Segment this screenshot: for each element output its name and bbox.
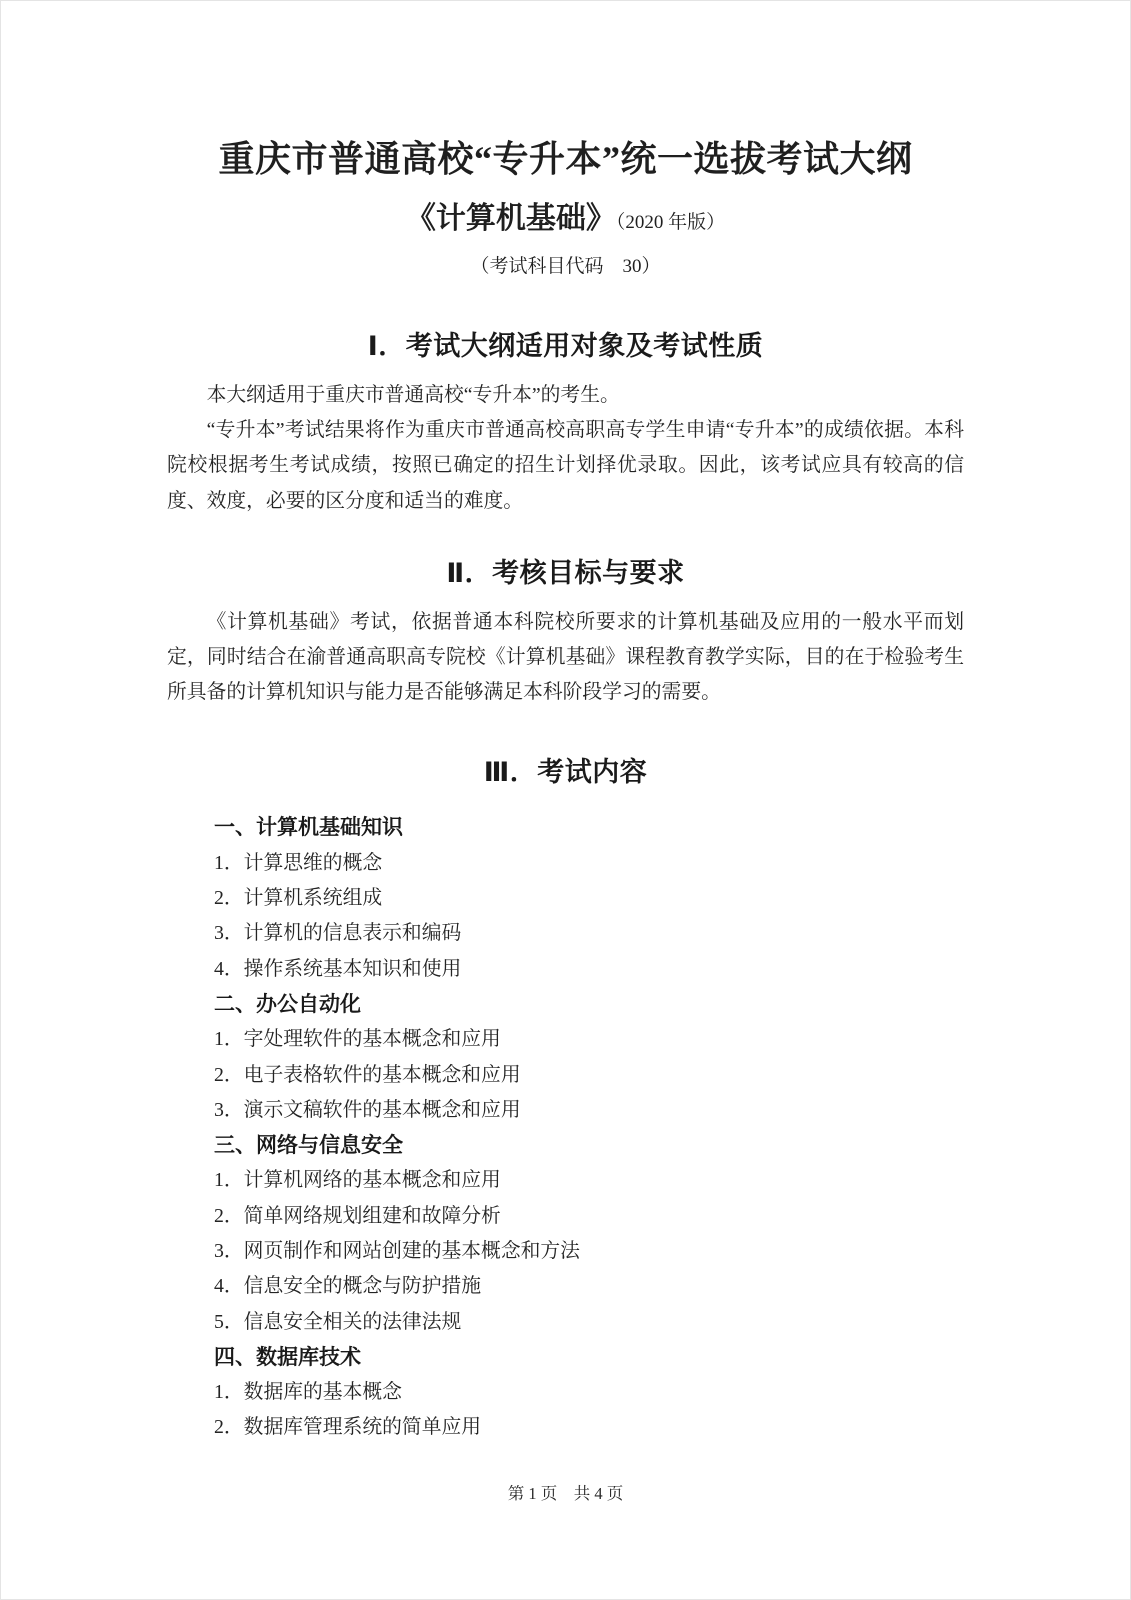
section-ii-heading: Ⅱ．考核目标与要求 (167, 553, 964, 593)
outline-group-2-label: 二、办公自动化 (214, 987, 964, 1022)
doc-subtitle: 《计算机基础》（2020 年版） (167, 199, 964, 244)
section-i-paragraph-1: 本大纲适用于重庆市普通高校“专升本”的考生。 (167, 378, 964, 413)
outline-item: 3．计算机的信息表示和编码 (214, 916, 964, 951)
outline-item: 2．简单网络规划组建和故障分析 (214, 1199, 964, 1234)
outline-item: 3．演示文稿软件的基本概念和应用 (214, 1093, 964, 1128)
outline-group-4-label: 四、数据库技术 (214, 1340, 964, 1375)
outline-item: 2．电子表格软件的基本概念和应用 (214, 1058, 964, 1093)
outline-item: 3．网页制作和网站创建的基本概念和方法 (214, 1234, 964, 1269)
page-footer: 第 1 页 共 4 页 (1, 1483, 1130, 1505)
section-iii-heading: Ⅲ．考试内容 (167, 752, 964, 792)
subject-code-line: （考试科目代码 30） (167, 254, 964, 280)
outline-item: 2．数据库管理系统的简单应用 (214, 1410, 964, 1445)
outline-item: 4．操作系统基本知识和使用 (214, 952, 964, 987)
section-ii-paragraph-1: 《计算机基础》考试，依据普通本科院校所要求的计算机基础及应用的一般水平而划定，同… (167, 605, 964, 711)
outline-item: 1．字处理软件的基本概念和应用 (214, 1022, 964, 1057)
outline-group-1-label: 一、计算机基础知识 (214, 810, 964, 845)
doc-title: 重庆市普通高校“专升本”统一选拔考试大纲 (167, 137, 964, 181)
doc-subtitle-book: 《计算机基础》 (406, 202, 616, 235)
outline-group-3-label: 三、网络与信息安全 (214, 1128, 964, 1163)
outline-item: 1．计算思维的概念 (214, 846, 964, 881)
outline-item: 4．信息安全的概念与防护措施 (214, 1269, 964, 1304)
outline-item: 5．信息安全相关的法律法规 (214, 1305, 964, 1340)
doc-subtitle-edition: （2020 年版） (616, 212, 725, 233)
section-i-heading: Ⅰ．考试大纲适用对象及考试性质 (167, 326, 964, 366)
outline-item: 2．计算机系统组成 (214, 881, 964, 916)
exam-content-outline: 一、计算机基础知识 1．计算思维的概念 2．计算机系统组成 3．计算机的信息表示… (167, 810, 964, 1445)
document-page: 重庆市普通高校“专升本”统一选拔考试大纲 《计算机基础》（2020 年版） （考… (0, 0, 1131, 1600)
outline-item: 1．数据库的基本概念 (214, 1375, 964, 1410)
section-i-paragraph-2: “专升本”考试结果将作为重庆市普通高校高职高专学生申请“专升本”的成绩依据。本科… (167, 413, 964, 519)
outline-item: 1．计算机网络的基本概念和应用 (214, 1163, 964, 1198)
